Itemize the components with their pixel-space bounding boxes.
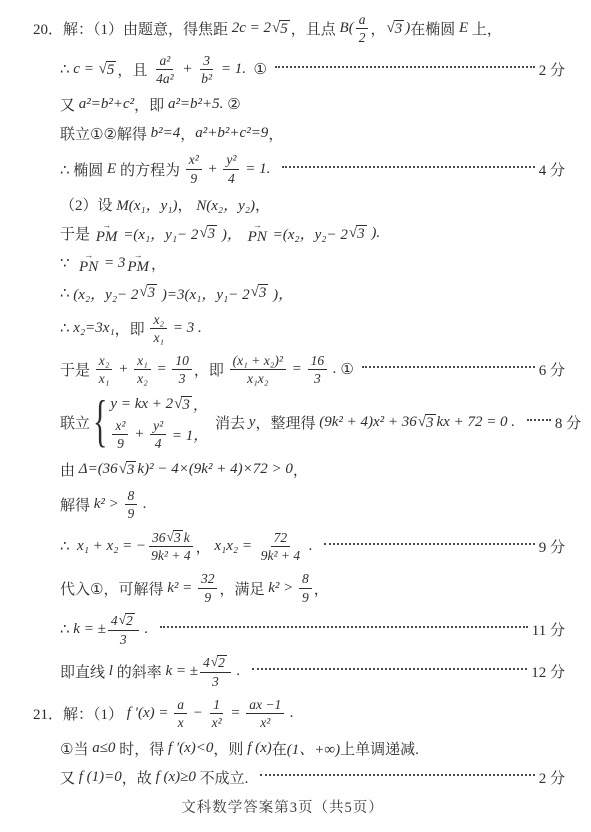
text-run: x₁ + x₂ = −: [77, 538, 146, 555]
numerator: 32: [198, 571, 218, 588]
fraction: x₁x₂: [134, 353, 151, 386]
vector-base: PN: [248, 230, 267, 245]
text-run: x₂: [153, 312, 164, 327]
text-run: ∴: [60, 620, 73, 639]
text-run: x₁x₂ =: [214, 538, 255, 555]
denominator: x₁: [150, 329, 167, 345]
sqrt-expression: √3: [418, 414, 436, 432]
numerator: a: [174, 697, 187, 714]
fraction: y²4: [223, 152, 239, 185]
answer-line: ∴ x₁ + x₂ = −36√3k9k² + 4， x₁x₂ = 729k² …: [0, 530, 565, 564]
text-run: (9k² + 4)x² + 36: [319, 414, 417, 431]
sqrt-expression: √3: [251, 284, 269, 302]
text-run: = 3 .: [169, 320, 202, 337]
answer-line: 又 f (1)=0，故 f (x)≥0 不成立. 2 分: [0, 767, 565, 788]
denominator: b²: [198, 70, 215, 86]
text-run: x²: [212, 715, 222, 730]
text-run: ∴: [60, 537, 77, 556]
text-run: b²=4: [151, 125, 181, 142]
text-run: =: [153, 361, 171, 378]
text-run: E: [459, 20, 468, 37]
text-run: k = ±: [165, 663, 198, 680]
text-run: ，故: [122, 767, 156, 788]
text-run: kx + 72 = 0 .: [437, 414, 519, 431]
text-run: 9: [190, 171, 197, 186]
text-run: ，则: [213, 738, 247, 759]
answer-line: 代入①，可解得 k² = 329，满足 k² > 89，: [0, 571, 565, 604]
sqrt-expression: √3: [174, 396, 192, 414]
numerator: x²: [186, 152, 202, 169]
fraction: 4√23: [108, 613, 139, 647]
answer-sheet: 20．解：（1）由题意，得焦距 2c = 2√5，且点 B(a2，√3)在椭圆 …: [0, 0, 591, 832]
numerator: 72: [271, 530, 291, 547]
fraction: a²4a²: [153, 53, 177, 86]
text-run: x₂: [137, 371, 148, 386]
sqrt-expression: √2: [119, 613, 135, 629]
score-label: 11 分: [532, 619, 565, 640]
text-run: f (1)=0: [79, 769, 122, 786]
text-run: k² =: [167, 580, 196, 597]
text-run: 2: [359, 30, 366, 45]
numerator: 16: [308, 353, 328, 370]
text-run: 于是: [60, 223, 94, 244]
text-run: ，且点: [291, 18, 340, 39]
vector-base: PM: [127, 260, 149, 275]
text-run: k² >: [94, 496, 123, 513]
text-run: f (x)≥0: [156, 769, 196, 786]
fraction: 3b²: [198, 53, 215, 86]
text-run: f ′(x)<0: [168, 740, 213, 757]
text-run: 由: [60, 459, 79, 480]
denominator: 9: [114, 435, 127, 451]
score-label: 9 分: [539, 536, 565, 557]
text-run: 在: [272, 738, 287, 759]
fraction: 329: [198, 571, 218, 604]
text-run: x²: [189, 152, 199, 167]
answer-line: ∴ c = √5，且 a²4a² + 3b² = 1. ①2 分: [0, 53, 565, 86]
text-run: ∵: [60, 254, 77, 273]
text-run: ，满足: [219, 578, 268, 599]
answer-line: 即直线 l 的斜率 k = ±4√23 . 12 分: [0, 655, 565, 689]
text-run: .: [139, 496, 147, 513]
text-run: k² >: [268, 580, 297, 597]
text-run: ∴: [60, 284, 73, 303]
radicand: 3: [425, 414, 436, 432]
radicand: 3: [356, 225, 367, 243]
answer-line: 21．解：（1） f ′(x) = ax − 1x² = ax −1x² .: [0, 697, 565, 730]
text-run: 3: [203, 53, 210, 68]
answer-line: 联立{y = kx + 2√3，x²9 + y²4 = 1， 消去 y，整理得 …: [0, 394, 565, 451]
denominator: 9: [299, 589, 312, 605]
sqrt-expression: √3: [349, 225, 367, 243]
text-run: .: [141, 621, 152, 638]
answer-line: ∴ x₂=3x₁，即 x₂x₁ = 3 .: [0, 312, 565, 345]
dots-leader: [252, 667, 527, 670]
text-run: 即直线: [60, 661, 109, 682]
text-run: x₁: [99, 371, 110, 386]
text-run: y²: [226, 152, 236, 167]
numerator: a²: [156, 53, 173, 70]
text-run: (x₂，y₂− 2: [73, 283, 138, 304]
numerator: 4√2: [200, 655, 231, 673]
text-run: x²: [115, 418, 125, 433]
answer-line: 20．解：（1）由题意，得焦距 2c = 2√5，且点 B(a2，√3)在椭圆 …: [0, 12, 565, 45]
text-run: ①: [253, 60, 266, 79]
denominator: x₂: [134, 370, 151, 386]
text-run: Δ=(36: [79, 461, 118, 478]
text-run: (1、+∞): [287, 738, 340, 759]
answer-line: ①当 a≤0 时，得 f ′(x)<0，则 f (x)在(1、+∞)上单调递减.: [0, 738, 565, 759]
fraction: x₂x₁: [96, 353, 113, 386]
denominator: x₁: [96, 370, 113, 386]
text-run: ∴: [60, 319, 73, 338]
text-run: x₁x₂: [247, 371, 268, 386]
dots-leader: [282, 165, 535, 168]
text-run: 时，得: [115, 738, 168, 759]
text-run: ，: [370, 18, 385, 39]
vector: →PN: [79, 253, 98, 275]
text-run: .: [305, 538, 316, 555]
text-run: ).: [368, 225, 381, 242]
text-run: ，: [255, 194, 270, 215]
text-run: y: [249, 414, 256, 431]
fraction: 163: [308, 353, 328, 386]
text-run: x₁: [137, 353, 148, 368]
numerator: 1: [210, 697, 223, 714]
denominator: 3: [176, 370, 189, 386]
text-run: a²: [159, 53, 170, 68]
text-run: 3: [179, 371, 186, 386]
equation-system: {y = kx + 2√3，x²9 + y²4 = 1，: [93, 394, 208, 451]
answer-line: ∴ 椭圆 E 的方程为 x²9 + y²4 = 1. 4 分: [0, 152, 565, 185]
radicand: 3: [394, 20, 405, 38]
text-run: 解得: [60, 494, 94, 515]
text-run: 9: [128, 506, 135, 521]
fraction: 1x²: [209, 697, 225, 730]
denominator: 9k² + 4: [258, 547, 303, 563]
text-run: 9: [204, 590, 211, 605]
text-run: ，整理得: [255, 412, 319, 433]
denominator: x₁x₂: [244, 370, 271, 386]
text-run: ，: [151, 253, 166, 274]
text-run: ，即: [115, 318, 149, 339]
numerator: y²: [223, 152, 239, 169]
radicand: 3: [207, 225, 218, 243]
fraction: x₂x₁: [150, 312, 167, 345]
text-run: a²=b²+c²: [79, 96, 134, 113]
text-run: 8: [302, 571, 309, 586]
text-run: 9k² + 4: [151, 548, 190, 563]
text-run: ，: [268, 123, 283, 144]
radicand: 2: [125, 613, 135, 629]
radicand: 5: [106, 61, 117, 79]
fraction: 729k² + 4: [258, 530, 303, 563]
text-run: 3: [314, 371, 321, 386]
score-label: 12 分: [531, 661, 565, 682]
numerator: x²: [112, 418, 128, 435]
text-run: 消去: [211, 412, 249, 433]
answer-line: ∵ →PN = 3→PM，: [0, 253, 565, 275]
score-label: 2 分: [539, 59, 565, 80]
text-run: 9k² + 4: [261, 548, 300, 563]
text-run: b²: [201, 71, 212, 86]
text-run: −: [189, 705, 207, 722]
numerator: 10: [172, 353, 192, 370]
vector: →PM: [127, 253, 149, 275]
answer-line: 联立①②解得 b²=4，a²+b²+c²=9，: [0, 123, 565, 144]
text-run: =(x₂，y₂− 2: [269, 223, 348, 244]
text-run: = 3: [100, 255, 125, 272]
text-run: )，: [218, 223, 246, 244]
sqrt-expression: √5: [99, 61, 117, 79]
text-run: =: [288, 361, 306, 378]
fraction: 89: [299, 571, 312, 604]
score-label: 6 分: [539, 359, 565, 380]
text-run: +: [130, 426, 148, 443]
sqrt-expression: √5: [272, 20, 290, 38]
sqrt-expression: √3: [386, 20, 404, 38]
numerator: x₁: [134, 353, 151, 370]
sqrt-expression: √2: [211, 655, 227, 671]
numerator: 36√3k: [149, 530, 193, 548]
denominator: 9: [125, 505, 138, 521]
text-run: 上，: [468, 18, 502, 39]
vector-base: PM: [96, 230, 118, 245]
vector: →PM: [96, 223, 118, 245]
text-run: )，: [269, 283, 293, 304]
score-label: 2 分: [539, 767, 565, 788]
text-run: +: [179, 61, 197, 78]
fraction: 4√23: [200, 655, 231, 689]
text-run: 在椭圆: [410, 18, 459, 39]
denominator: 4a²: [153, 70, 177, 86]
text-run: y = kx + 2: [110, 396, 173, 413]
fraction: ax −1x²: [246, 697, 284, 730]
text-run: 36: [152, 530, 166, 545]
text-run: 21．解：（1）: [33, 703, 127, 724]
text-run: 3: [212, 674, 219, 689]
fraction: 103: [172, 353, 192, 386]
denominator: 4: [152, 435, 165, 451]
answer-line: ∴ (x₂，y₂− 2√3 )=3(x₁，y₁− 2√3 )，: [0, 283, 565, 304]
equation-row: y = kx + 2√3，: [110, 394, 208, 415]
fraction: ax: [174, 697, 187, 730]
score-label: 4 分: [539, 159, 565, 180]
equation-rows: y = kx + 2√3，x²9 + y²4 = 1，: [110, 394, 208, 451]
denominator: 3: [209, 673, 222, 689]
text-run: = 1.: [241, 161, 274, 178]
numerator: (x₁ + x₂)²: [230, 353, 286, 370]
text-run: ①当: [60, 738, 92, 759]
text-run: 10: [175, 353, 189, 368]
radicand: 3: [173, 530, 183, 546]
text-run: c =: [73, 61, 97, 78]
text-run: =: [227, 705, 245, 722]
text-run: ，: [293, 459, 308, 480]
text-run: M(x₁，y₁): [116, 194, 177, 215]
text-run: 4: [155, 436, 162, 451]
text-run: f (x): [247, 740, 272, 757]
text-run: 72: [274, 530, 288, 545]
answer-line: ∴ k = ±4√23 . 11 分: [0, 613, 565, 647]
text-run: )=3(x₁，y₁− 2: [158, 283, 249, 304]
text-run: N(x₂，y₂): [196, 194, 255, 215]
text-run: 9: [302, 590, 309, 605]
numerator: 8: [299, 571, 312, 588]
text-run: +: [204, 161, 222, 178]
text-run: 于是: [60, 359, 94, 380]
denominator: x²: [209, 714, 225, 730]
text-run: 16: [311, 353, 325, 368]
numerator: 4√2: [108, 613, 139, 631]
text-run: 联立①②解得: [60, 123, 151, 144]
answer-line: 又 a²=b²+c²，即 a²=b²+5. ②: [0, 94, 565, 115]
text-run: = 1.: [217, 61, 253, 78]
vector: →PN: [248, 223, 267, 245]
text-run: B(: [340, 20, 354, 37]
equation-row: x²9 + y²4 = 1，: [110, 418, 208, 451]
dots-leader: [160, 625, 528, 628]
answer-line: 于是 →PM =(x₁，y₁− 2√3 )， →PN =(x₂，y₂− 2√3 …: [0, 223, 565, 245]
text-run: 又: [60, 94, 79, 115]
text-run: .: [286, 705, 294, 722]
score-label: 8 分: [555, 412, 581, 433]
page-footer-text: 文科数学答案第3页（共5页）: [181, 796, 384, 817]
text-run: E: [107, 161, 116, 178]
text-run: a²=b²+5.: [168, 96, 227, 113]
answer-lines: 20．解：（1）由题意，得焦距 2c = 2√5，且点 B(a2，√3)在椭圆 …: [0, 12, 565, 788]
text-run: ∴: [60, 60, 73, 79]
denominator: x: [175, 714, 187, 730]
denominator: 9: [201, 589, 214, 605]
radicand: 2: [217, 655, 227, 671]
text-run: 1: [213, 697, 220, 712]
text-run: ，: [314, 578, 329, 599]
denominator: 3: [311, 370, 324, 386]
numerator: y²: [150, 418, 166, 435]
numerator: x₂: [150, 312, 167, 329]
text-run: x²: [260, 715, 270, 730]
text-run: 32: [201, 571, 215, 586]
text-run: ax −1: [249, 697, 281, 712]
sqrt-expression: √3: [139, 284, 157, 302]
text-run: k)² − 4×(9k² + 4)×72 > 0: [137, 461, 292, 478]
text-run: ，: [196, 536, 215, 557]
sqrt-expression: √3: [119, 461, 137, 479]
text-run: 20．解：（1）由题意，得焦距: [33, 18, 232, 39]
text-run: k: [184, 530, 190, 545]
fraction: y²4: [150, 418, 166, 451]
text-run: 3: [120, 632, 127, 647]
text-run: ，即: [134, 94, 168, 115]
text-run: .: [329, 361, 340, 378]
text-run: 上单调递减.: [340, 738, 419, 759]
dots-leader: [260, 773, 535, 776]
answer-line: 于是 x₂x₁ + x₁x₂ = 103，即 (x₁ + x₂)²x₁x₂ = …: [0, 353, 565, 386]
text-run: (x₁ + x₂)²: [233, 353, 283, 368]
text-run: ①: [340, 360, 353, 379]
text-run: 4: [203, 655, 210, 670]
text-run: ，即: [194, 359, 228, 380]
numerator: x₂: [96, 353, 113, 370]
text-run: 又: [60, 767, 79, 788]
text-run: x: [178, 715, 184, 730]
text-run: ，: [178, 194, 197, 215]
text-run: 4a²: [156, 71, 174, 86]
radicand: 3: [147, 284, 158, 302]
page-footer: 文科数学答案第3页（共5页）: [0, 796, 565, 817]
fraction: 36√3k9k² + 4: [148, 530, 193, 564]
fraction: 89: [125, 488, 138, 521]
text-run: a: [359, 12, 366, 27]
fraction: a2: [356, 12, 369, 45]
fraction: (x₁ + x₂)²x₁x₂: [230, 353, 286, 386]
text-run: ∴ 椭圆: [60, 159, 107, 180]
fraction: x²9: [112, 418, 128, 451]
text-run: x₂: [99, 353, 110, 368]
text-run: +: [114, 361, 132, 378]
sqrt-expression: √3: [167, 530, 183, 546]
text-run: a≤0: [92, 740, 115, 757]
text-run: k = ±: [73, 621, 106, 638]
text-run: 9: [117, 436, 124, 451]
denominator: 3: [117, 631, 130, 647]
denominator: 4: [225, 170, 238, 186]
denominator: 9k² + 4: [148, 547, 193, 563]
text-run: =(x₁，y₁− 2: [119, 223, 198, 244]
text-run: 8: [128, 488, 135, 503]
text-run: y²: [153, 418, 163, 433]
answer-line: （2）设 M(x₁，y₁)， N(x₂，y₂)，: [0, 194, 565, 215]
vector-base: PN: [79, 260, 98, 275]
dots-leader: [362, 365, 535, 368]
text-run: = 1，: [168, 424, 208, 445]
answer-line: 由 Δ=(36√3k)² − 4×(9k² + 4)×72 > 0，: [0, 459, 565, 480]
text-run: 联立: [60, 412, 90, 433]
dots-leader: [275, 65, 535, 68]
text-run: 4: [111, 613, 118, 628]
text-run: a²+b²+c²=9: [195, 125, 268, 142]
text-run: ，且: [117, 59, 151, 80]
text-run: ，: [193, 394, 208, 415]
text-run: x₂=3x₁: [73, 320, 114, 337]
numerator: 3: [200, 53, 213, 70]
text-run: 的斜率: [113, 661, 166, 682]
denominator: 9: [187, 170, 200, 186]
text-run: （2）设: [60, 194, 116, 215]
text-run: a: [177, 697, 184, 712]
text-run: .: [233, 663, 244, 680]
text-run: f ′(x) =: [127, 705, 172, 722]
text-run: 的方程为: [116, 159, 184, 180]
text-run: 4: [228, 171, 235, 186]
radicand: 5: [279, 20, 290, 38]
text-run: 代入①，可解得: [60, 578, 167, 599]
text-run: ，: [180, 123, 195, 144]
radicand: 3: [126, 461, 137, 479]
radicand: 3: [258, 284, 269, 302]
text-run: 不成立.: [196, 767, 252, 788]
text-run: 2c = 2: [232, 20, 271, 37]
fraction: x²9: [186, 152, 202, 185]
numerator: 8: [125, 488, 138, 505]
radicand: 3: [181, 396, 192, 414]
numerator: ax −1: [246, 697, 284, 714]
answer-line: 解得 k² > 89 .: [0, 488, 565, 521]
dots-leader: [324, 542, 534, 545]
text-run: ②: [227, 95, 240, 114]
denominator: 2: [356, 29, 369, 45]
